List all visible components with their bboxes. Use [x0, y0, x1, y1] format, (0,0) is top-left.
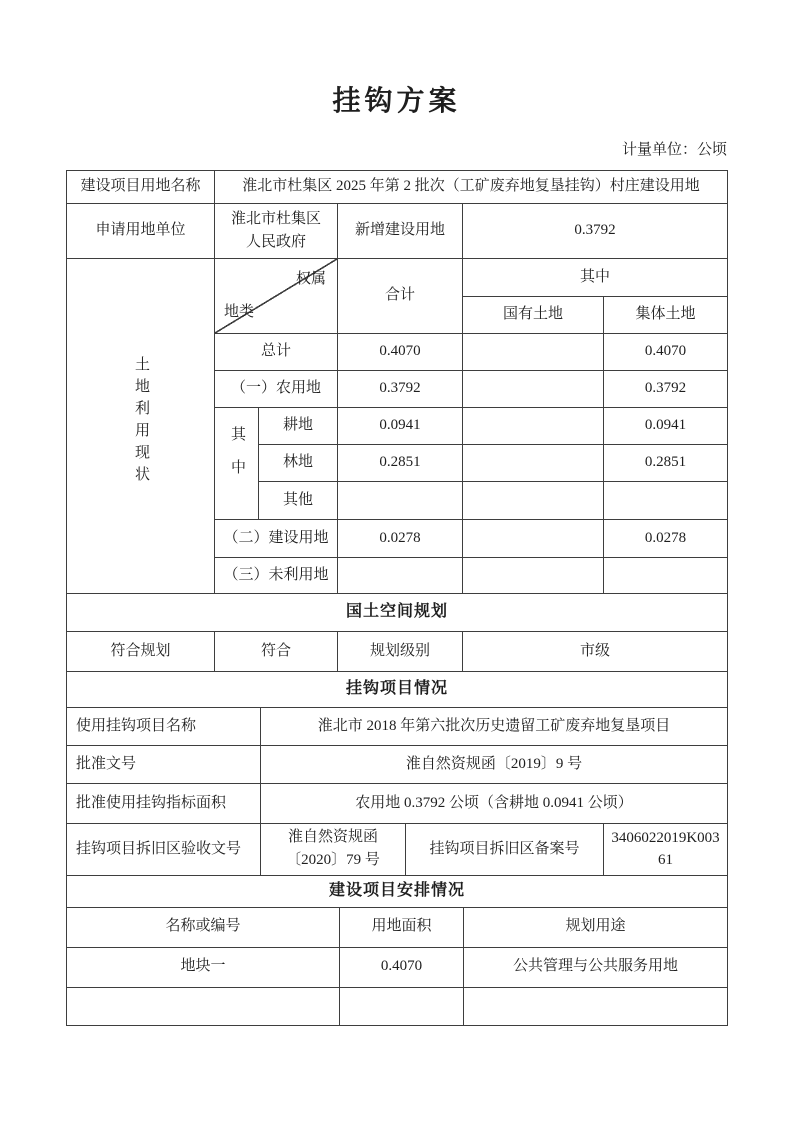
unit-note: 计量单位：公顷 — [66, 138, 727, 159]
landuse-section-label-text: 土地利用现状 — [133, 356, 148, 488]
record-number-label: 挂钩项目拆旧区备案号 — [406, 824, 604, 876]
among-vertical-cell: 其中 — [215, 408, 259, 520]
row-agri-label: （一）农用地 — [215, 371, 338, 408]
landuse-section-label: 土地利用现状 — [67, 259, 215, 594]
table-row: 挂钩项目情况 — [67, 672, 728, 708]
row-construction-label: （二）建设用地 — [215, 520, 338, 558]
row-forest-value-total: 0.2851 — [338, 445, 463, 482]
table-row: 批准使用挂钩指标面积 农用地 0.3792 公顷（含耕地 0.0941 公顷） — [67, 784, 728, 824]
parcel-use-empty — [464, 987, 728, 1025]
level-label: 规划级别 — [338, 632, 463, 672]
linkage-section-title: 挂钩项目情况 — [67, 672, 728, 708]
row-farmland-label: 耕地 — [259, 408, 338, 445]
comply-value: 符合 — [215, 632, 338, 672]
row-construction-value-collective: 0.0278 — [604, 520, 728, 558]
page-title: 挂钩方案 — [0, 84, 793, 118]
parcel-name: 地块一 — [67, 947, 340, 987]
row-other-label: 其他 — [259, 482, 338, 520]
table-row: 申请用地单位 淮北市杜集区人民政府 新增建设用地 0.3792 — [67, 204, 728, 259]
row-agri-value-state — [463, 371, 604, 408]
row-total-value-state — [463, 334, 604, 371]
row-total-value-total: 0.4070 — [338, 334, 463, 371]
table-row: 国土空间规划 — [67, 594, 728, 632]
col-header-name: 名称或编号 — [67, 907, 340, 947]
col-header-state-land: 国有土地 — [463, 297, 604, 334]
col-header-total: 合计 — [338, 259, 463, 334]
col-header-collective-land: 集体土地 — [604, 297, 728, 334]
arrangement-table: 建设项目安排情况 名称或编号 用地面积 规划用途 地块一 0.4070 公共管理… — [66, 875, 728, 1026]
linkage-project-value: 淮北市 2018 年第六批次历史遗留工矿废弃地复垦项目 — [261, 708, 728, 746]
table-row — [67, 987, 728, 1025]
parcel-use: 公共管理与公共服务用地 — [464, 947, 728, 987]
row-farmland-value-total: 0.0941 — [338, 408, 463, 445]
document-page: 挂钩方案 计量单位：公顷 建设项目用地名称 淮北市杜集区 2025 年第 2 批… — [0, 0, 793, 1122]
table-row: 使用挂钩项目名称 淮北市 2018 年第六批次历史遗留工矿废弃地复垦项目 — [67, 708, 728, 746]
diagonal-header-cell: 权属 地类 — [215, 259, 338, 334]
applicant-label: 申请用地单位 — [67, 204, 215, 259]
row-agri-value-collective: 0.3792 — [604, 371, 728, 408]
table-row: 名称或编号 用地面积 规划用途 — [67, 907, 728, 947]
new-construction-label: 新增建设用地 — [338, 204, 463, 259]
row-farmland-value-state — [463, 408, 604, 445]
approval-number-label: 批准文号 — [67, 746, 261, 784]
diagonal-label-ownership: 权属 — [296, 268, 326, 291]
record-number-value: 3406022019K00361 — [604, 824, 728, 876]
row-agri-value-total: 0.3792 — [338, 371, 463, 408]
acceptance-number-label: 挂钩项目拆旧区验收文号 — [67, 824, 261, 876]
col-header-use: 规划用途 — [464, 907, 728, 947]
parcel-area: 0.4070 — [340, 947, 464, 987]
row-unused-value-state — [463, 558, 604, 594]
row-total-value-collective: 0.4070 — [604, 334, 728, 371]
parcel-area-empty — [340, 987, 464, 1025]
arrangement-section-title: 建设项目安排情况 — [67, 875, 728, 907]
row-forest-value-state — [463, 445, 604, 482]
level-value: 市级 — [463, 632, 728, 672]
row-unused-value-total — [338, 558, 463, 594]
table-row: 地块一 0.4070 公共管理与公共服务用地 — [67, 947, 728, 987]
linkage-project-label: 使用挂钩项目名称 — [67, 708, 261, 746]
new-construction-value: 0.3792 — [463, 204, 728, 259]
row-total-label: 总计 — [215, 334, 338, 371]
quota-area-value: 农用地 0.3792 公顷（含耕地 0.0941 公顷） — [261, 784, 728, 824]
form-table: 建设项目用地名称 淮北市杜集区 2025 年第 2 批次（工矿废弃地复垦挂钩）村… — [66, 170, 727, 1026]
acceptance-number-value: 淮自然资规函〔2020〕79 号 — [261, 824, 406, 876]
landuse-table: 土地利用现状 权属 地类 合计 其中 国有土地 集体土地 总计 0.4070 0… — [66, 258, 728, 594]
col-header-area: 用地面积 — [340, 907, 464, 947]
table-row: 土地利用现状 权属 地类 合计 其中 — [67, 259, 728, 297]
row-construction-value-total: 0.0278 — [338, 520, 463, 558]
col-header-among: 其中 — [463, 259, 728, 297]
planning-table: 国土空间规划 符合规划 符合 规划级别 市级 — [66, 593, 728, 672]
approval-number-value: 淮自然资规函〔2019〕9 号 — [261, 746, 728, 784]
table-row: 符合规划 符合 规划级别 市级 — [67, 632, 728, 672]
row-unused-label: （三）未利用地 — [215, 558, 338, 594]
quota-area-label: 批准使用挂钩指标面积 — [67, 784, 261, 824]
table-row: 建设项目用地名称 淮北市杜集区 2025 年第 2 批次（工矿废弃地复垦挂钩）村… — [67, 171, 728, 204]
row-other-value-collective — [604, 482, 728, 520]
planning-section-title: 国土空间规划 — [67, 594, 728, 632]
table-row: 挂钩项目拆旧区验收文号 淮自然资规函〔2020〕79 号 挂钩项目拆旧区备案号 … — [67, 824, 728, 876]
comply-label: 符合规划 — [67, 632, 215, 672]
row-other-value-total — [338, 482, 463, 520]
parcel-name-empty — [67, 987, 340, 1025]
table-row: 建设项目安排情况 — [67, 875, 728, 907]
row-unused-value-collective — [604, 558, 728, 594]
linkage-table: 挂钩项目情况 使用挂钩项目名称 淮北市 2018 年第六批次历史遗留工矿废弃地复… — [66, 671, 728, 876]
table-row: 批准文号 淮自然资规函〔2019〕9 号 — [67, 746, 728, 784]
row-other-value-state — [463, 482, 604, 520]
row-forest-label: 林地 — [259, 445, 338, 482]
row-construction-value-state — [463, 520, 604, 558]
project-name-value: 淮北市杜集区 2025 年第 2 批次（工矿废弃地复垦挂钩）村庄建设用地 — [215, 171, 728, 204]
project-name-label: 建设项目用地名称 — [67, 171, 215, 204]
among-vertical-text: 其中 — [229, 426, 244, 492]
diagonal-label-landtype: 地类 — [224, 301, 254, 324]
row-forest-value-collective: 0.2851 — [604, 445, 728, 482]
row-farmland-value-collective: 0.0941 — [604, 408, 728, 445]
basic-info-table: 建设项目用地名称 淮北市杜集区 2025 年第 2 批次（工矿废弃地复垦挂钩）村… — [66, 170, 728, 259]
applicant-value: 淮北市杜集区人民政府 — [215, 204, 338, 259]
